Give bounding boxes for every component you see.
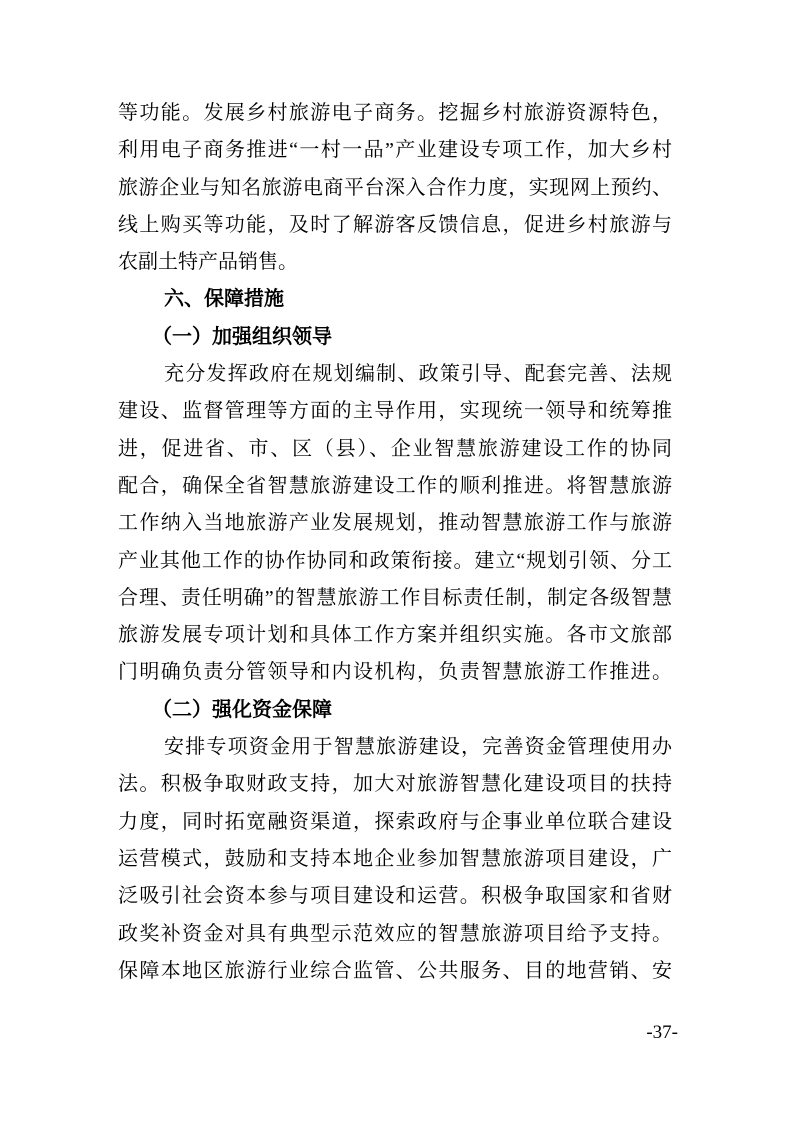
page-footer: -37- [646, 1019, 678, 1047]
body-line: 门明确负责分管领导和内设机构，负责智慧旅游工作推进。 [118, 654, 672, 691]
body-line: 配合，确保全省智慧旅游建设工作的顺利推进。将智慧旅游 [118, 468, 672, 505]
body-line: 工作纳入当地旅游产业发展规划，推动智慧旅游工作与旅游 [118, 505, 672, 542]
body-line: 建设、监督管理等方面的主导作用，实现统一领导和统筹推 [118, 393, 672, 430]
section-heading: 六、保障措施 [118, 281, 672, 318]
body-line: 运营模式，鼓励和支持本地企业参加智慧旅游项目建设，广 [118, 841, 672, 878]
body-line: 泛吸引社会资本参与项目建设和运营。积极争取国家和省财 [118, 878, 672, 915]
body-line: 保障本地区旅游行业综合监管、公共服务、目的地营销、安 [118, 953, 672, 990]
body-line: 法。积极争取财政支持，加大对旅游智慧化建设项目的扶持 [118, 766, 672, 803]
body-line: 充分发挥政府在规划编制、政策引导、配套完善、法规 [118, 356, 672, 393]
body-line: 利用电子商务推进“一村一品”产业建设专项工作，加大乡村 [118, 132, 672, 169]
text-column: 等功能。发展乡村旅游电子商务。挖掘乡村旅游资源特色， 利用电子商务推进“一村一品… [118, 95, 672, 990]
body-line: 产业其他工作的协作协同和政策衔接。建立“规划引领、分工 [118, 543, 672, 580]
subsection-heading: （二）强化资金保障 [118, 692, 672, 729]
body-line: 等功能。发展乡村旅游电子商务。挖掘乡村旅游资源特色， [118, 95, 672, 132]
body-line: 线上购买等功能，及时了解游客反馈信息，促进乡村旅游与 [118, 207, 672, 244]
body-line: 安排专项资金用于智慧旅游建设，完善资金管理使用办 [118, 729, 672, 766]
body-line: 旅游发展专项计划和具体工作方案并组织实施。各市文旅部 [118, 617, 672, 654]
document-page: 等功能。发展乡村旅游电子商务。挖掘乡村旅游资源特色， 利用电子商务推进“一村一品… [0, 0, 793, 1122]
page-number: -37- [646, 1022, 678, 1043]
body-line: 进，促进省、市、区（县）、企业智慧旅游建设工作的协同 [118, 431, 672, 468]
body-line: 旅游企业与知名旅游电商平台深入合作力度，实现网上预约、 [118, 170, 672, 207]
body-line: 农副土特产品销售。 [118, 244, 672, 281]
body-line: 合理、责任明确”的智慧旅游工作目标责任制，制定各级智慧 [118, 580, 672, 617]
body-line: 政奖补资金对具有典型示范效应的智慧旅游项目给予支持。 [118, 916, 672, 953]
subsection-heading: （一）加强组织领导 [118, 319, 672, 356]
body-line: 力度，同时拓宽融资渠道，探索政府与企事业单位联合建设 [118, 804, 672, 841]
